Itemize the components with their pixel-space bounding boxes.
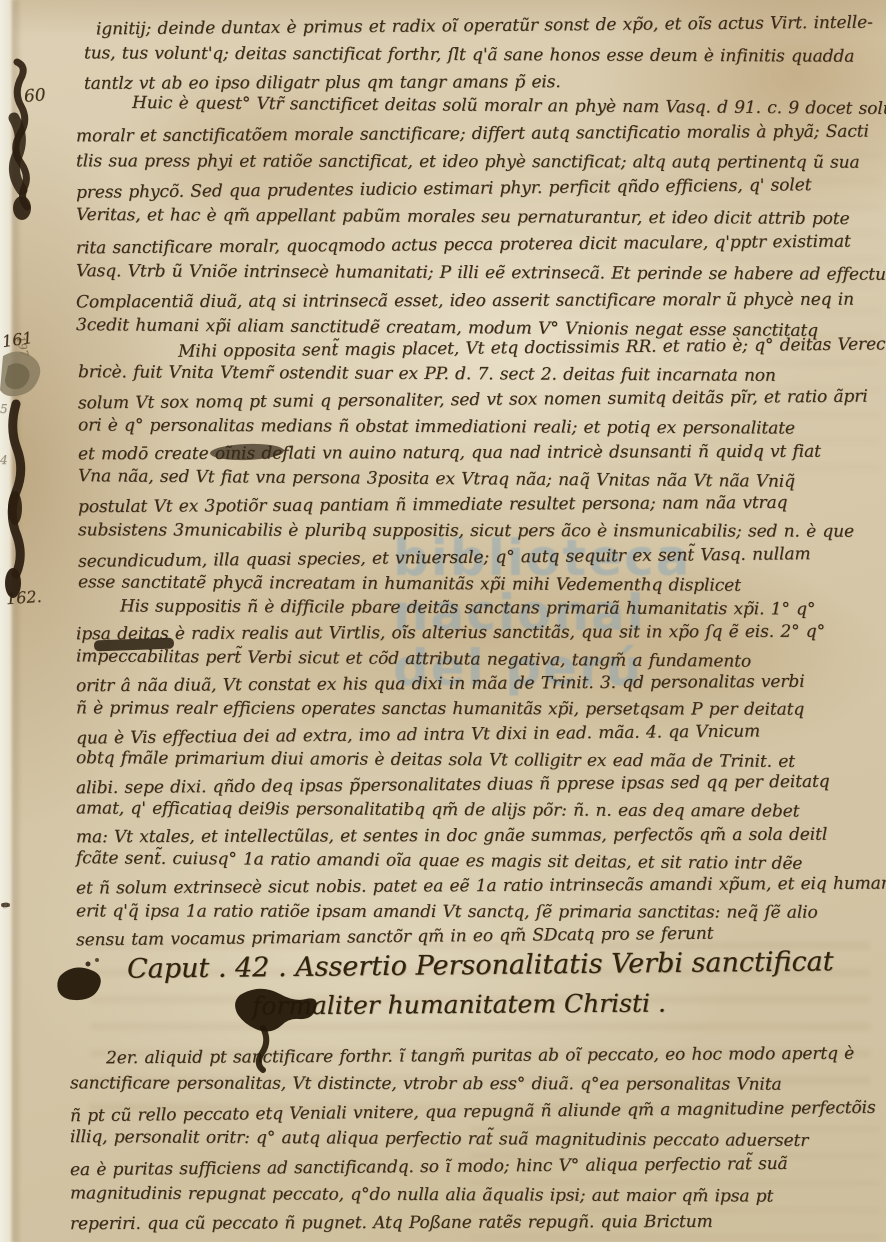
manuscript-text-line: tus, tus volunt'q; deitas sanctificat fo… xyxy=(84,43,854,66)
margin-number: 162. xyxy=(5,587,42,608)
manuscript-text-line: subsistens 3municabilis è pluribq suppos… xyxy=(78,521,854,542)
margin-number: 5 xyxy=(0,402,8,416)
manuscript-text-line: bricè. fuit Vnita Vtemr̃ ostendit suar e… xyxy=(78,362,776,386)
margin-number: 4 xyxy=(0,453,8,467)
manuscript-page: bibliotecanacionaldel perú ignitij; dein… xyxy=(0,0,886,1242)
manuscript-text-line: magnitudinis repugnat peccato, q°do null… xyxy=(70,1183,773,1206)
manuscript-text-line: ma: Vt xtales, et intellectũlas, et sent… xyxy=(76,824,827,847)
manuscript-text-line: ñ è primus realr efficiens operates sanc… xyxy=(76,699,804,720)
manuscript-text-line: tantlz vt ab eo ipso diligatr plus qm ta… xyxy=(84,72,561,94)
manuscript-text-line: Vasq. Vtrb ũ Vniõe intrinsecè humanitati… xyxy=(76,261,886,285)
manuscript-text-line: esse sanctitatẽ phycã increatam in human… xyxy=(78,572,741,595)
manuscript-text-line: ipsa deitas è radix realis aut Virtlis, … xyxy=(76,622,825,645)
chapter-heading-line2: formaliter humanitatem Christi . xyxy=(252,989,666,1021)
manuscript-text-line: reperiri. qua cũ peccato ñ pugnet. Atq P… xyxy=(70,1212,713,1234)
manuscript-text-line: His suppositis ñ è difficile pbare deitã… xyxy=(120,596,815,619)
manuscript-text-line: et modō create oĩnis deflati vn auino na… xyxy=(78,442,821,465)
manuscript-text-line: erit q'q̃ ipsa 1a ratio ratiõe ipsam ama… xyxy=(76,901,818,922)
margin-number: o xyxy=(2,898,9,911)
manuscript-text-line: Complacentiã diuã, atq si intrinsecã ess… xyxy=(76,289,854,312)
manuscript-text-line: obtq fmãle primarium diui amoris è deita… xyxy=(76,748,795,772)
page-edge-crease xyxy=(12,0,22,1242)
manuscript-text-line: ori è q° personalitas medians ñ obstat i… xyxy=(78,415,795,438)
manuscript-text-line: oritr â nãa diuã, Vt constat ex his qua … xyxy=(76,672,805,696)
margin-number: 60 xyxy=(23,85,46,107)
manuscript-text-line: sanctificare personalitas, Vt distincte,… xyxy=(70,1073,782,1094)
manuscript-text-line: amat, q' efficatiaq dei9is personalitati… xyxy=(76,799,799,822)
manuscript-text-line: tlis sua press phyi et ratiõe sanctifica… xyxy=(76,151,860,172)
